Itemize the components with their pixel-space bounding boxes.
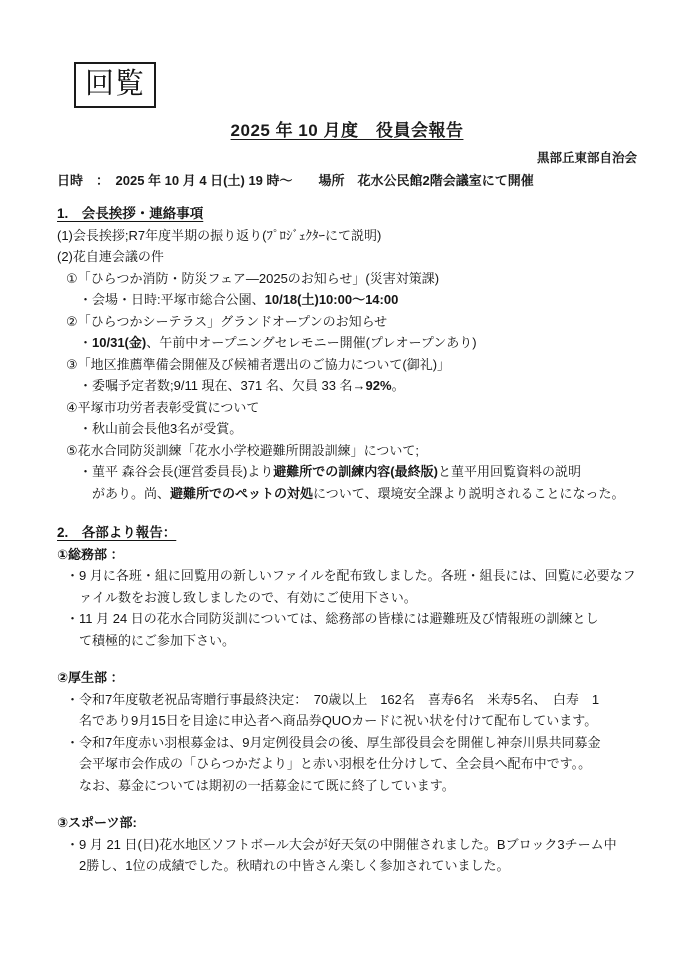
text-run: ②「ひらつかシーテラス」グランドオープンのお知らせ	[66, 314, 387, 329]
text-run: ⑤花水合同防災訓練「花水小学校避難所開設訓練」について;	[66, 443, 419, 458]
emphasis-text: 92%	[366, 378, 392, 393]
section2-heading: 2. 各部より報告：	[57, 522, 637, 544]
text-run: ③スポーツ部:	[57, 815, 137, 830]
emphasis-text: 避難所での訓練内容(最終版)	[273, 464, 438, 479]
soumu-item-1a: ・9 月に各班・組に回覧用の新しいファイルを配布致しました。各班・組長には、回覧…	[57, 565, 637, 587]
kousei-item-2a: ・令和7年度赤い羽根募金は、9月定例役員会の後、厚生部役員会を開催し神奈川県共同…	[57, 732, 637, 754]
sports-department-heading: ③スポーツ部:	[57, 812, 637, 834]
document-page: 回覧 2025 年 10 月度 役員会報告 黒部丘東部自治会 日時 ： 2025…	[0, 0, 691, 958]
sports-item-1b: 2勝し、1位の成績でした。秋晴れの中皆さん楽しく参加されていました。	[57, 855, 637, 877]
text-run: (2)花自連会議の件	[57, 249, 164, 264]
text-run: ③「地区推薦準備会開催及び候補者選出のご協力について(御礼)」	[66, 357, 450, 372]
text-run: 会平塚市会作成の「ひらつかだより」と赤い羽根を仕分けして、全会員へ配布中です。。	[79, 756, 591, 771]
kousei-item-1b: 名であり9月15日を目途に申込者へ商品券QUOカードに祝い状を付けて配布していま…	[57, 710, 637, 732]
stamp-row: 回覧	[57, 62, 637, 108]
text-run: について、環境安全課より説明されることになった。	[313, 486, 624, 501]
text-run: ・秋山前会長他3名が受賞。	[79, 421, 242, 436]
kousei-department-heading: ②厚生部 ：	[57, 667, 637, 689]
title-row: 2025 年 10 月度 役員会報告	[57, 116, 637, 141]
item-1-1: (1)会長挨拶;R7年度半期の振り返り(ﾌﾟﾛｼﾞｪｸﾀｰにて説明)	[57, 225, 637, 247]
document-body: 1. 会長挨拶・連絡事項(1)会長挨拶;R7年度半期の振り返り(ﾌﾟﾛｼﾞｪｸﾀ…	[57, 203, 637, 877]
section1-heading: 1. 会長挨拶・連絡事項	[57, 203, 637, 225]
item-1-2-3: ③「地区推薦準備会開催及び候補者選出のご協力について(御礼)」	[57, 354, 637, 376]
text-run: 。	[392, 378, 405, 393]
text-run: 、午前中オープニングセレモニー開催(プレオープンあり)	[146, 335, 476, 350]
item-1-2-5: ⑤花水合同防災訓練「花水小学校避難所開設訓練」について;	[57, 440, 637, 462]
text-run: ァイル数をお渡し致しましたので、有効にご使用下さい。	[79, 590, 417, 605]
meeting-datetime-location: 日時 ： 2025 年 10 月 4 日(土) 19 時～ 場所 花水公民館2階…	[57, 170, 637, 189]
emphasis-text: 避難所でのペットの対処	[170, 486, 313, 501]
item-1-2-1: ①「ひらつか消防・防災フェア—2025のお知らせ」(災害対策課)	[57, 268, 637, 290]
text-run: ④平塚市功労者表彰受賞について	[66, 400, 259, 415]
item-1-2-5-detail-1: ・菫平 森谷会長(運営委員長)より避難所での訓練内容(最終版)と菫平用回覧資料の…	[57, 461, 637, 483]
text-run: なお、募金については期初の一括募金にて既に終了しています。	[79, 778, 455, 793]
text-run: て積極的にご参加下さい。	[79, 633, 235, 648]
document-content: 回覧 2025 年 10 月度 役員会報告 黒部丘東部自治会 日時 ： 2025…	[0, 0, 691, 877]
kairan-circulation-stamp: 回覧	[74, 62, 156, 108]
item-1-2-3-detail: ・委嘱予定者数;9/11 現在、371 名、欠員 33 名→92%。	[57, 375, 637, 397]
item-1-2-5-detail-2: があり。尚、避難所でのペットの対処について、環境安全課より説明されることになった…	[57, 483, 637, 505]
item-1-2: (2)花自連会議の件	[57, 246, 637, 268]
emphasis-text: 10/31(金)	[92, 335, 146, 350]
text-run: ②厚生部 ：	[57, 670, 124, 685]
text-run: ・11 月 24 日の花水合同防災訓については、総務部の皆様には避難班及び情報班…	[66, 611, 599, 626]
emphasis-text: 10/18(土)10:00～14:00	[265, 292, 399, 307]
soumu-department-heading: ①総務部 ：	[57, 544, 637, 566]
text-run: ・令和7年度敬老祝品寄贈行事最終決定： 70歳以上 162名 喜寿6名 米寿5名…	[66, 692, 599, 707]
text-run: ・9 月 21 日(日)花水地区ソフトボール大会が好天気の中開催されました。Bブ…	[66, 837, 617, 852]
text-run: (1)会長挨拶;R7年度半期の振り返り(ﾌﾟﾛｼﾞｪｸﾀｰにて説明)	[57, 228, 381, 243]
text-run: があり。尚、	[92, 486, 170, 501]
text-run: 2勝し、1位の成績でした。秋晴れの中皆さん楽しく参加されていました。	[79, 858, 509, 873]
item-1-2-2-detail: ・10/31(金)、午前中オープニングセレモニー開催(プレオープンあり)	[57, 332, 637, 354]
kousei-item-2b: 会平塚市会作成の「ひらつかだより」と赤い羽根を仕分けして、全会員へ配布中です。。	[57, 753, 637, 775]
text-run: 名であり9月15日を目途に申込者へ商品券QUOカードに祝い状を付けて配布していま…	[79, 713, 597, 728]
document-title: 2025 年 10 月度 役員会報告	[231, 121, 464, 140]
sports-item-1a: ・9 月 21 日(日)花水地区ソフトボール大会が好天気の中開催されました。Bブ…	[57, 834, 637, 856]
kousei-item-1a: ・令和7年度敬老祝品寄贈行事最終決定： 70歳以上 162名 喜寿6名 米寿5名…	[57, 689, 637, 711]
text-run: ・9 月に各班・組に回覧用の新しいファイルを配布致しました。各班・組長には、回覧…	[66, 568, 636, 583]
text-run: ・	[79, 335, 92, 350]
text-run: ・菫平 森谷会長(運営委員長)より	[79, 464, 273, 479]
organization-name: 黒部丘東部自治会	[57, 148, 637, 166]
soumu-item-2b: て積極的にご参加下さい。	[57, 630, 637, 652]
item-1-2-4-detail: ・秋山前会長他3名が受賞。	[57, 418, 637, 440]
text-run: ①「ひらつか消防・防災フェア—2025のお知らせ」(災害対策課)	[66, 271, 439, 286]
text-run: ・委嘱予定者数;9/11 現在、371 名、欠員 33 名→	[79, 378, 366, 393]
item-1-2-1-detail: ・会場・日時:平塚市総合公園、10/18(土)10:00～14:00	[57, 289, 637, 311]
text-run: ・令和7年度赤い羽根募金は、9月定例役員会の後、厚生部役員会を開催し神奈川県共同…	[66, 735, 600, 750]
item-1-2-2: ②「ひらつかシーテラス」グランドオープンのお知らせ	[57, 311, 637, 333]
item-1-2-4: ④平塚市功労者表彰受賞について	[57, 397, 637, 419]
soumu-item-1b: ァイル数をお渡し致しましたので、有効にご使用下さい。	[57, 587, 637, 609]
text-run: 2. 各部より報告：	[57, 525, 176, 540]
text-run: ・会場・日時:平塚市総合公園、	[79, 292, 265, 307]
text-run: と菫平用回覧資料の説明	[438, 464, 581, 479]
kousei-item-2c: なお、募金については期初の一括募金にて既に終了しています。	[57, 775, 637, 797]
text-run: 1. 会長挨拶・連絡事項	[57, 206, 203, 221]
text-run: ①総務部 ：	[57, 547, 124, 562]
soumu-item-2a: ・11 月 24 日の花水合同防災訓については、総務部の皆様には避難班及び情報班…	[57, 608, 637, 630]
